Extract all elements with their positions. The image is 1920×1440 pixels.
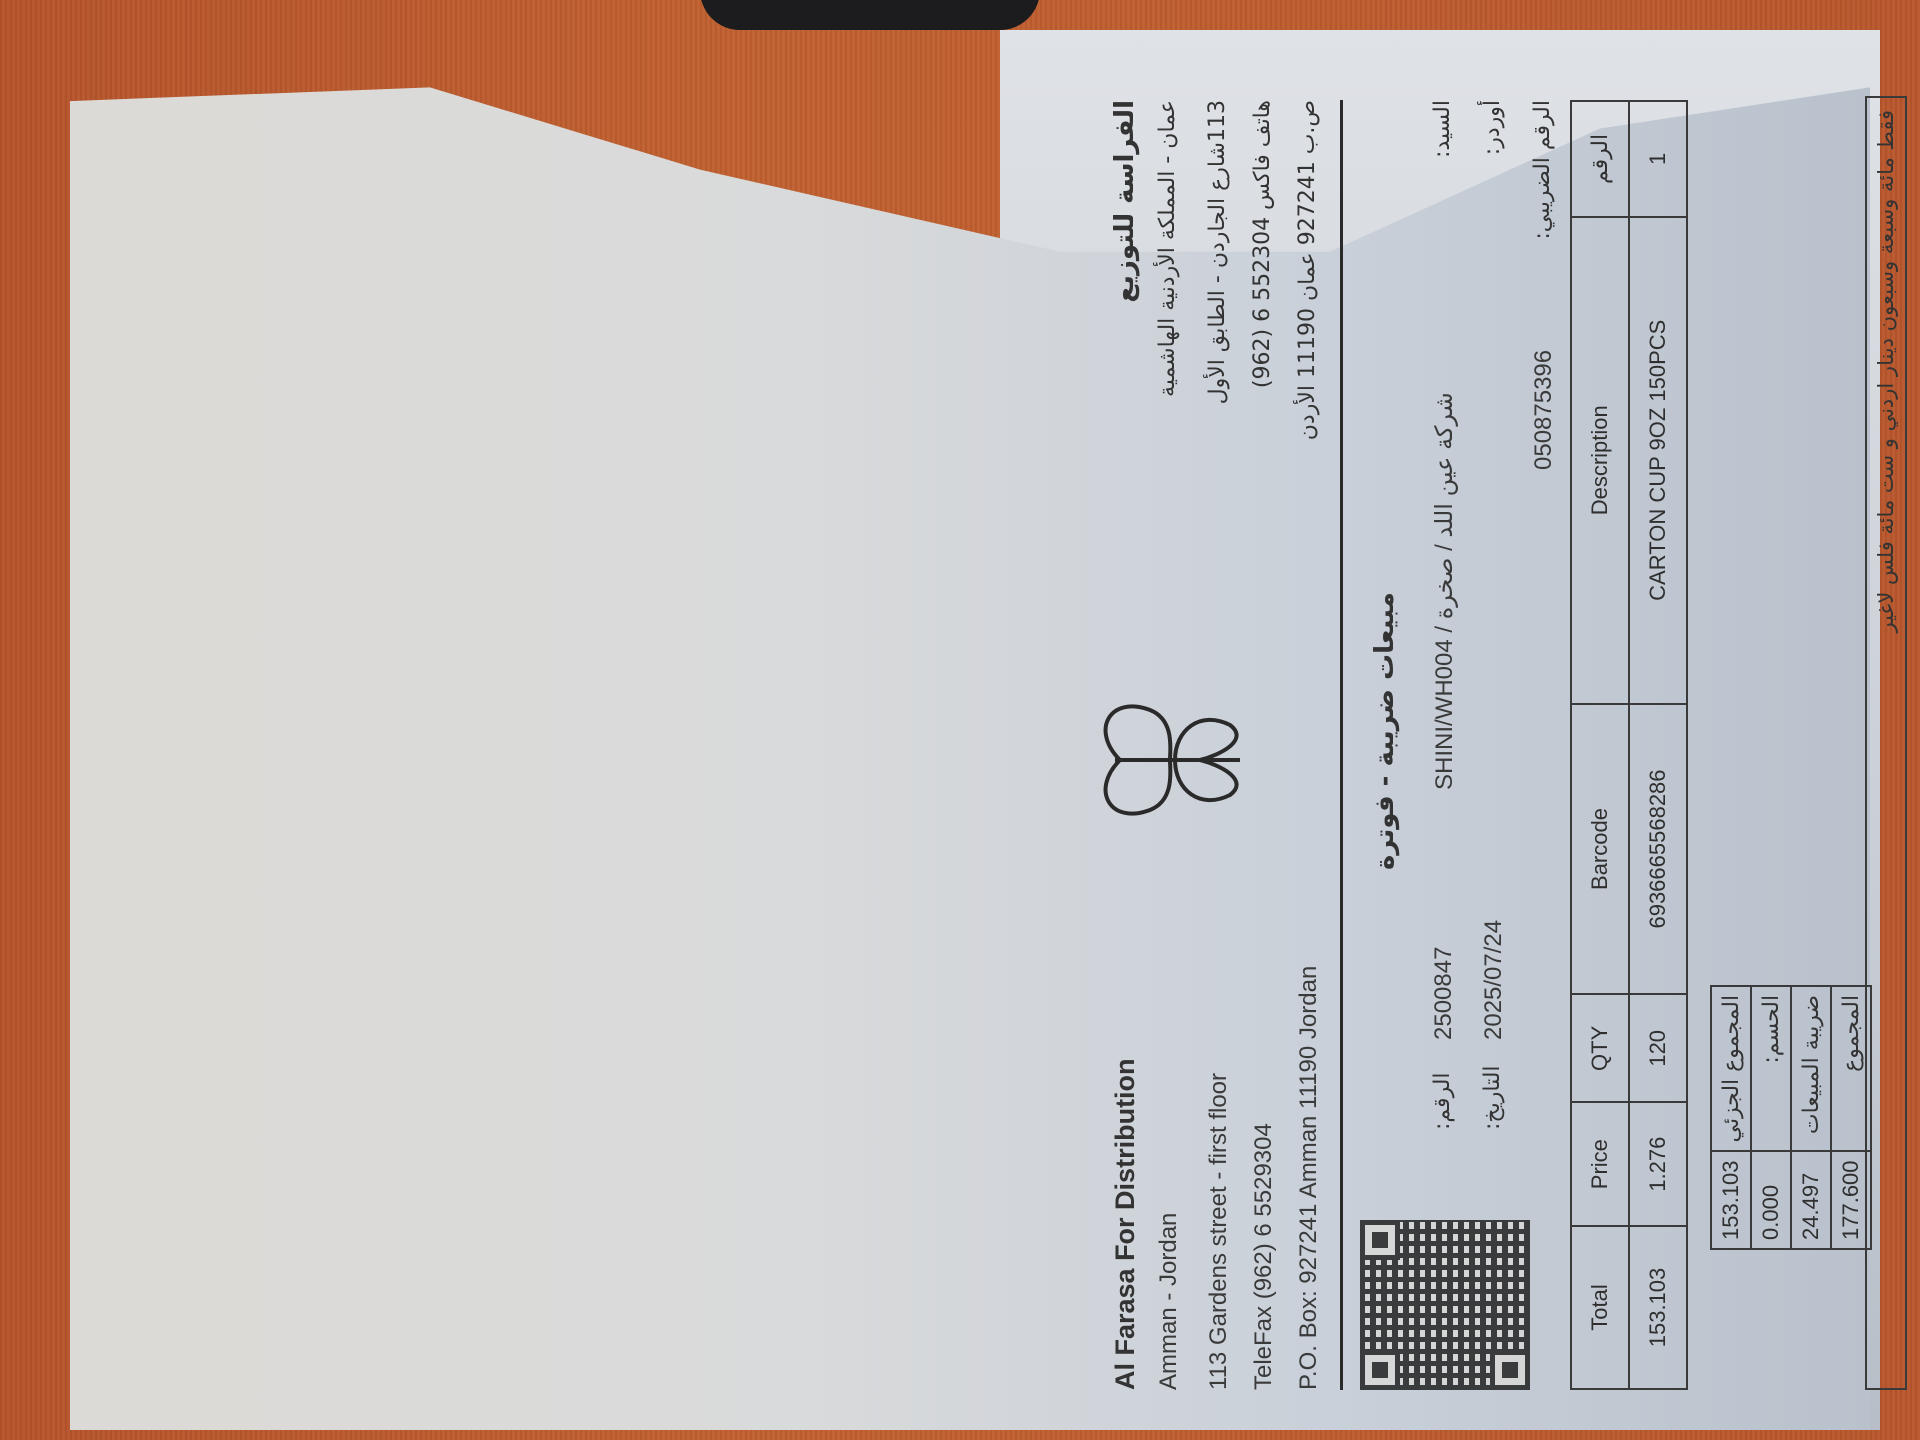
order-label: أوردر: — [1480, 100, 1505, 155]
invoice-title: مبيعات ضريبة - فوترة — [1370, 592, 1400, 870]
customer-name: SHINI/WH004 / شركة عين اللد / صخرة — [1430, 392, 1459, 790]
col-index: الرقم — [1571, 101, 1629, 217]
row-qty: 120 — [1629, 994, 1687, 1102]
seller-street-ar: 113شارع الجاردن - الطابق الأول — [1205, 100, 1230, 404]
row-price: 1.276 — [1629, 1102, 1687, 1226]
invoice-date-label: التاريخ: — [1480, 1065, 1505, 1130]
items-table: Total Price QTY Barcode Description الرق… — [1570, 100, 1688, 1390]
seller-pobox-en: P.O. Box: 927241 Amman 11190 Jordan — [1295, 966, 1323, 1390]
invoice-number: 2500847 — [1430, 947, 1458, 1040]
invoice-page: Al Farasa For Distribution Amman - Jorda… — [70, 60, 1870, 1430]
butterfly-logo-icon — [1090, 690, 1265, 830]
totals-table: 153.103 المجموع الجزئي 0.000 الحسم: 24.4… — [1710, 985, 1872, 1250]
subtotal-value: 153.103 — [1711, 1151, 1751, 1249]
seller-telefax-ar: هاتف فاكس 552304 6 (962) — [1250, 100, 1275, 388]
qr-code-icon — [1360, 1220, 1530, 1390]
sales-tax-value: 24.497 — [1791, 1151, 1831, 1249]
tax-number: 050875396 — [1530, 350, 1558, 470]
col-total: Total — [1571, 1226, 1629, 1389]
invoice-sheet: Al Farasa For Distribution Amman - Jorda… — [70, 60, 1890, 1440]
sales-tax-label: ضريبة المبيعات — [1791, 986, 1831, 1152]
discount-value: 0.000 — [1751, 1151, 1791, 1249]
row-total: 153.103 — [1629, 1226, 1687, 1389]
col-barcode: Barcode — [1571, 704, 1629, 995]
totals-row: 24.497 ضريبة المبيعات — [1791, 986, 1831, 1249]
totals-row: 0.000 الحسم: — [1751, 986, 1791, 1249]
header-divider — [1340, 100, 1343, 1390]
subtotal-label: المجموع الجزئي — [1711, 986, 1751, 1152]
seller-telefax-en: TeleFax (962) 6 5529304 — [1250, 1123, 1278, 1390]
seller-city-ar: عمان - المملكة الأردنية الهاشمية — [1155, 100, 1180, 397]
seller-pobox-ar: ص.ب 927241 عمان 11190 الأردن — [1295, 100, 1320, 440]
totals-row: 153.103 المجموع الجزئي — [1711, 986, 1751, 1249]
discount-label: الحسم: — [1751, 986, 1791, 1152]
amount-in-words: فقط مائة وسبعة وسبعون دينار اردني و ست م… — [1865, 96, 1907, 1390]
seller-name-ar: الفراسة للتوزيع — [1110, 100, 1140, 303]
table-row: 153.103 1.276 120 6936665568286 CARTON C… — [1629, 101, 1687, 1389]
invoice-number-label: الرقم: — [1430, 1072, 1455, 1130]
col-description: Description — [1571, 217, 1629, 704]
invoice-date: 2025/07/24 — [1480, 920, 1508, 1040]
seller-city-en: Amman - Jordan — [1155, 1213, 1183, 1390]
row-description: CARTON CUP 9OZ 150PCS — [1629, 217, 1687, 704]
dark-object-top — [700, 0, 1040, 30]
customer-label: السيد: — [1430, 100, 1455, 158]
row-index: 1 — [1629, 101, 1687, 217]
seller-street-en: 113 Gardens street - first floor — [1205, 1073, 1233, 1390]
tax-number-label: الرقم الضريبي: — [1530, 100, 1555, 240]
seller-name-en: Al Farasa For Distribution — [1110, 1058, 1141, 1390]
col-price: Price — [1571, 1102, 1629, 1226]
row-barcode: 6936665568286 — [1629, 704, 1687, 995]
table-header-row: Total Price QTY Barcode Description الرق… — [1571, 101, 1629, 1389]
col-qty: QTY — [1571, 994, 1629, 1102]
